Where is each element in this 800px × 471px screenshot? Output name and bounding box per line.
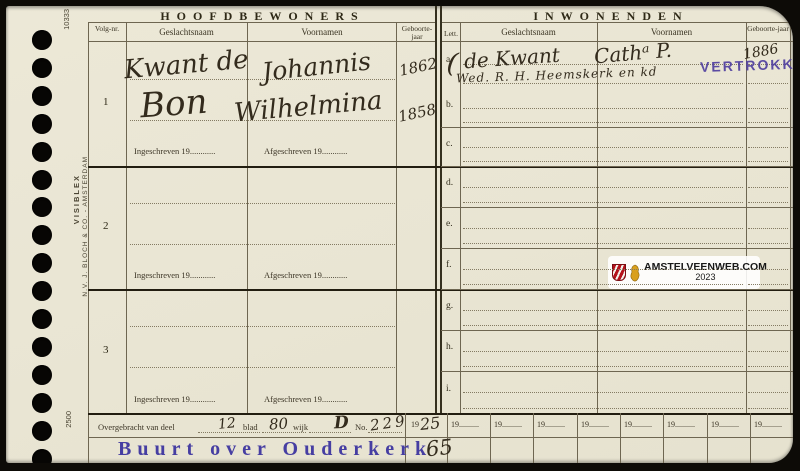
divider bbox=[441, 371, 793, 372]
year-line bbox=[748, 147, 788, 148]
buurt-stamp: Buurt over Ouderkerk bbox=[118, 438, 432, 461]
divider bbox=[441, 127, 793, 128]
hw-surname-2: Bon bbox=[139, 82, 209, 127]
ingeschreven-label: Ingeschreven 19............ bbox=[134, 394, 215, 404]
divider bbox=[597, 22, 598, 413]
year-line bbox=[748, 243, 788, 244]
afgeschreven-label: Afgeschreven 19............ bbox=[264, 146, 347, 156]
divider bbox=[396, 22, 397, 413]
divider bbox=[88, 413, 793, 415]
col-volgnr: Volg-nr. bbox=[89, 25, 125, 33]
divider bbox=[663, 413, 664, 463]
col-geslachtsnaam-right: Geslachtsnaam bbox=[461, 28, 596, 37]
name-line bbox=[130, 326, 395, 327]
afgeschreven-label: Afgeschreven 19............ bbox=[264, 270, 347, 280]
divider bbox=[707, 413, 708, 463]
year-cell: 19.......... bbox=[533, 420, 577, 429]
row-number: 2 bbox=[103, 220, 109, 232]
name-line bbox=[130, 203, 395, 204]
hw-buurt-value: 65 bbox=[425, 435, 454, 462]
hw-no: 229 bbox=[369, 411, 409, 434]
hw-birthyear-1: 1862 bbox=[398, 54, 439, 80]
transfer-label-wijk: wijk bbox=[293, 422, 308, 432]
col-voornamen-left: Voornamen bbox=[248, 28, 396, 37]
letter-label: d. bbox=[446, 178, 453, 188]
divider bbox=[88, 22, 437, 23]
divider bbox=[620, 413, 621, 463]
divider bbox=[88, 22, 89, 463]
name-line bbox=[463, 392, 743, 393]
divider bbox=[88, 41, 437, 42]
punch-hole bbox=[32, 225, 52, 245]
form-number-vertical: 10333 bbox=[62, 9, 71, 30]
print-run-vertical: 2500 bbox=[64, 411, 73, 428]
name-line bbox=[463, 284, 743, 285]
punch-hole bbox=[32, 114, 52, 134]
transfer-label-no: No. bbox=[355, 422, 368, 432]
year-line bbox=[748, 351, 788, 352]
year-cell: 19.......... bbox=[707, 420, 750, 429]
hw-firstname-1: Johannis bbox=[261, 46, 373, 86]
name-line bbox=[463, 351, 743, 352]
year-line bbox=[748, 408, 788, 409]
name-line bbox=[463, 122, 743, 123]
divider bbox=[533, 413, 534, 463]
name-line bbox=[463, 228, 743, 229]
punch-hole bbox=[32, 86, 52, 106]
divider bbox=[490, 413, 491, 463]
year-line bbox=[748, 161, 788, 162]
punch-hole bbox=[32, 170, 52, 190]
name-line bbox=[463, 310, 743, 311]
year-line bbox=[748, 284, 788, 285]
lion-icon bbox=[629, 264, 641, 282]
name-line bbox=[463, 161, 743, 162]
letter-label: h. bbox=[446, 342, 453, 352]
punch-hole bbox=[32, 393, 52, 413]
divider bbox=[441, 207, 793, 208]
year-cell: 19.......... bbox=[620, 420, 663, 429]
brand-name-vertical: VISIBLEX bbox=[72, 174, 81, 224]
year-cell: 19.......... bbox=[663, 420, 707, 429]
hw-deel: 12 bbox=[217, 415, 236, 433]
letter-label: f. bbox=[446, 260, 452, 270]
transfer-label-blad: blad bbox=[243, 422, 258, 432]
coat-of-arms-icon bbox=[612, 264, 626, 281]
row-number: 3 bbox=[103, 344, 109, 356]
ingeschreven-label: Ingeschreven 19............ bbox=[134, 270, 215, 280]
scan-background: { "side": { "top_code": "10333", "brand"… bbox=[0, 0, 800, 471]
punch-hole bbox=[32, 309, 52, 329]
watermark-year: 2023 bbox=[695, 273, 715, 282]
year-cell: 19.......... bbox=[577, 420, 620, 429]
divider bbox=[790, 22, 791, 413]
year-line bbox=[748, 325, 788, 326]
name-line bbox=[463, 108, 743, 109]
row-number: 1 bbox=[103, 96, 109, 108]
letter-label: b. bbox=[446, 100, 453, 110]
name-line bbox=[463, 187, 743, 188]
divider bbox=[441, 330, 793, 331]
letter-label: c. bbox=[446, 139, 453, 149]
punch-hole bbox=[32, 197, 52, 217]
divider bbox=[441, 166, 793, 167]
center-divider bbox=[440, 6, 442, 413]
year-line bbox=[748, 392, 788, 393]
year-line bbox=[748, 202, 788, 203]
punch-hole bbox=[32, 421, 52, 441]
col-lett: Lett. bbox=[441, 30, 461, 38]
register-card: 10333 VISIBLEX N.V. J. BLOCH & CO. - AMS… bbox=[6, 6, 793, 463]
year-cell: 19.......... bbox=[750, 420, 793, 429]
year-line bbox=[748, 108, 788, 109]
name-line bbox=[463, 408, 743, 409]
name-line bbox=[130, 244, 395, 245]
letter-label: i. bbox=[446, 384, 451, 394]
letter-label: e. bbox=[446, 219, 453, 229]
punch-hole bbox=[32, 142, 52, 162]
punch-hole bbox=[32, 281, 52, 301]
name-line bbox=[463, 202, 743, 203]
fill-line bbox=[198, 432, 260, 433]
ingeschreven-label: Ingeschreven 19............ bbox=[134, 146, 215, 156]
year-cell: 19.......... bbox=[447, 420, 490, 429]
vertrokken-stamp: VERTROKKEN bbox=[700, 55, 793, 75]
year-line bbox=[748, 269, 788, 270]
transfer-label-deel: Overgebracht van deel bbox=[98, 422, 175, 432]
year-line bbox=[748, 366, 788, 367]
hw-first-year: 25 bbox=[419, 413, 441, 434]
punch-hole bbox=[32, 449, 52, 464]
year-cell: 19.......... bbox=[490, 420, 533, 429]
hw-firstname-2: Wilhelmina bbox=[233, 86, 384, 129]
col-geslachtsnaam-left: Geslachtsnaam bbox=[127, 28, 246, 37]
afgeschreven-label: Afgeschreven 19............ bbox=[264, 394, 347, 404]
divider bbox=[746, 22, 747, 413]
year-line bbox=[748, 228, 788, 229]
divider bbox=[247, 22, 248, 413]
year-line bbox=[748, 83, 788, 84]
col-geboortejaar-left: Geboorte-jaar bbox=[397, 25, 437, 41]
punch-hole bbox=[32, 58, 52, 78]
col-voornamen-right: Voornamen bbox=[597, 28, 746, 37]
name-line bbox=[463, 269, 743, 270]
hw-wijk: D bbox=[333, 413, 349, 434]
punch-hole bbox=[32, 30, 52, 50]
divider bbox=[750, 413, 751, 463]
punch-hole bbox=[32, 365, 52, 385]
punch-hole bbox=[32, 253, 52, 273]
divider bbox=[577, 413, 578, 463]
divider bbox=[441, 289, 793, 290]
year-line bbox=[748, 122, 788, 123]
name-line bbox=[463, 366, 743, 367]
year-line bbox=[748, 187, 788, 188]
letter-label: g. bbox=[446, 301, 453, 311]
name-line bbox=[463, 325, 743, 326]
divider bbox=[441, 22, 793, 23]
hw-blad: 80 bbox=[268, 414, 288, 433]
punch-hole bbox=[32, 337, 52, 357]
name-line bbox=[130, 367, 395, 368]
hw-birthyear-2: 1858 bbox=[397, 100, 438, 126]
name-line bbox=[463, 147, 743, 148]
col-geboortejaar-right: Geboorte-jaar bbox=[747, 25, 789, 33]
year-line bbox=[748, 310, 788, 311]
name-line bbox=[463, 243, 743, 244]
divider bbox=[441, 248, 793, 249]
